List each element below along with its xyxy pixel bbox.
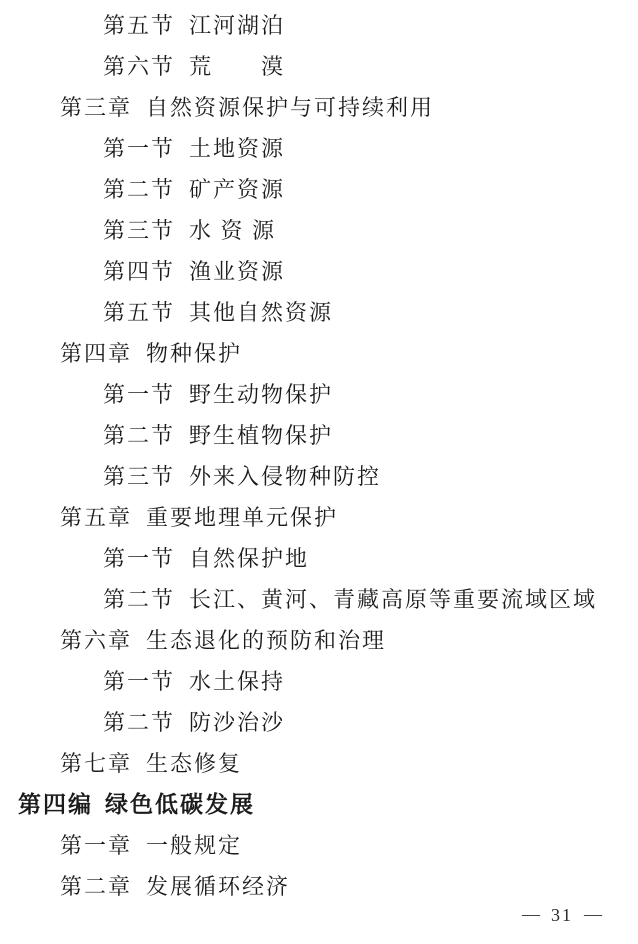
toc-entry-chapter: 第二章发展循环经济 xyxy=(0,866,638,907)
toc-entry-section: 第三节外来入侵物种防控 xyxy=(0,456,638,497)
toc-entry-label: 第四节 xyxy=(103,251,175,292)
toc-entry-title: 绿色低碳发展 xyxy=(105,791,255,817)
toc-entry-section: 第三节水 资 源 xyxy=(0,210,638,251)
toc-entry-title: 矿产资源 xyxy=(189,177,285,202)
toc-entry-title: 发展循环经济 xyxy=(146,874,290,899)
toc-entry-label: 第二章 xyxy=(60,866,132,907)
toc-entry-chapter: 第四章物种保护 xyxy=(0,333,638,374)
toc-entry-label: 第二节 xyxy=(103,579,175,620)
toc-entry-label: 第五节 xyxy=(103,5,175,46)
toc-entry-title: 荒 漠 xyxy=(189,54,285,79)
toc-list: 第五节江河湖泊第六节荒 漠第三章自然资源保护与可持续利用第一节土地资源第二节矿产… xyxy=(0,5,638,907)
toc-entry-chapter: 第五章重要地理单元保护 xyxy=(0,497,638,538)
toc-entry-title: 土地资源 xyxy=(189,136,285,161)
toc-entry-section: 第六节荒 漠 xyxy=(0,46,638,87)
toc-entry-title: 外来入侵物种防控 xyxy=(189,464,381,489)
toc-entry-section: 第二节矿产资源 xyxy=(0,169,638,210)
toc-entry-section: 第二节防沙治沙 xyxy=(0,702,638,743)
toc-entry-label: 第二节 xyxy=(103,169,175,210)
toc-entry-section: 第一节土地资源 xyxy=(0,128,638,169)
toc-entry-title: 物种保护 xyxy=(146,341,242,366)
toc-entry-label: 第四章 xyxy=(60,333,132,374)
toc-entry-label: 第三节 xyxy=(103,456,175,497)
toc-entry-title: 重要地理单元保护 xyxy=(146,505,338,530)
toc-entry-title: 渔业资源 xyxy=(189,259,285,284)
toc-entry-label: 第七章 xyxy=(60,743,132,784)
toc-entry-title: 其他自然资源 xyxy=(189,300,333,325)
page-number-right-dash: — xyxy=(584,904,602,925)
toc-entry-label: 第三章 xyxy=(60,87,132,128)
toc-entry-title: 野生动物保护 xyxy=(189,382,333,407)
toc-entry-title: 水土保持 xyxy=(189,669,285,694)
toc-entry-section: 第一节自然保护地 xyxy=(0,538,638,579)
toc-entry-title: 自然保护地 xyxy=(189,546,309,571)
page-number-footer: —31— xyxy=(511,905,613,926)
toc-entry-chapter: 第七章生态修复 xyxy=(0,743,638,784)
toc-entry-label: 第二节 xyxy=(103,415,175,456)
toc-entry-section: 第四节渔业资源 xyxy=(0,251,638,292)
toc-entry-section: 第五节其他自然资源 xyxy=(0,292,638,333)
toc-entry-label: 第一节 xyxy=(103,661,175,702)
toc-entry-label: 第五章 xyxy=(60,497,132,538)
toc-entry-section: 第五节江河湖泊 xyxy=(0,5,638,46)
toc-entry-section: 第二节野生植物保护 xyxy=(0,415,638,456)
toc-entry-label: 第二节 xyxy=(103,702,175,743)
toc-entry-title: 一般规定 xyxy=(146,833,242,858)
toc-entry-chapter: 第六章生态退化的预防和治理 xyxy=(0,620,638,661)
toc-entry-title: 自然资源保护与可持续利用 xyxy=(146,95,434,120)
document-page: 第五节江河湖泊第六节荒 漠第三章自然资源保护与可持续利用第一节土地资源第二节矿产… xyxy=(0,0,638,944)
toc-entry-title: 水 资 源 xyxy=(189,218,276,243)
toc-entry-label: 第一节 xyxy=(103,128,175,169)
toc-entry-label: 第三节 xyxy=(103,210,175,251)
toc-entry-label: 第一节 xyxy=(103,374,175,415)
toc-entry-label: 第五节 xyxy=(103,292,175,333)
toc-entry-title: 野生植物保护 xyxy=(189,423,333,448)
toc-entry-title: 生态退化的预防和治理 xyxy=(146,628,386,653)
toc-entry-part: 第四编绿色低碳发展 xyxy=(0,784,638,825)
toc-entry-label: 第一章 xyxy=(60,825,132,866)
page-number: 31 xyxy=(551,905,573,926)
toc-entry-title: 生态修复 xyxy=(146,751,242,776)
toc-entry-section: 第一节水土保持 xyxy=(0,661,638,702)
toc-entry-label: 第六节 xyxy=(103,46,175,87)
toc-entry-chapter: 第一章一般规定 xyxy=(0,825,638,866)
toc-entry-label: 第四编 xyxy=(18,784,93,825)
toc-entry-label: 第一节 xyxy=(103,538,175,579)
toc-entry-section: 第二节长江、黄河、青藏高原等重要流域区域 xyxy=(0,579,638,620)
toc-entry-label: 第六章 xyxy=(60,620,132,661)
toc-entry-title: 江河湖泊 xyxy=(189,13,285,38)
toc-entry-section: 第一节野生动物保护 xyxy=(0,374,638,415)
toc-entry-title: 长江、黄河、青藏高原等重要流域区域 xyxy=(189,587,597,612)
toc-entry-chapter: 第三章自然资源保护与可持续利用 xyxy=(0,87,638,128)
toc-entry-title: 防沙治沙 xyxy=(189,710,285,735)
page-number-left-dash: — xyxy=(522,904,540,925)
